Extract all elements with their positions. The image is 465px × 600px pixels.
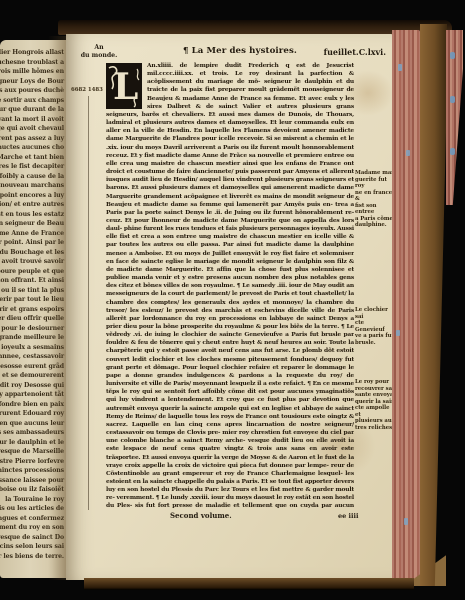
margin-note-line: ne en france &	[355, 190, 395, 203]
margin-note-line: guerite fut roy	[355, 177, 395, 190]
verso-text-line: ur les biens de terre.	[0, 552, 64, 562]
verso-text-line: lon avoit trouvé savoir	[0, 257, 64, 267]
margin-note-marguerite: Madame marguerite fut royne en france &f…	[355, 170, 395, 229]
marbling-fleck	[406, 150, 410, 156]
verso-text-line: a guerir par tout le lieu	[0, 295, 64, 305]
marbling-fleck	[450, 96, 455, 103]
verso-text-line: a levesque de sainct Do	[0, 533, 64, 543]
verso-text-line: luy appartenoient tãt	[0, 390, 64, 400]
verso-text-line: et puissance laissee pour	[0, 476, 64, 486]
verso-text-line: a dame Anne de France	[0, 229, 64, 239]
margin-note-sainte-ampolle: Le roy pourrecouvrer sasante envoyaqueri…	[355, 379, 395, 431]
verso-text-line: stre et se demourerent	[0, 371, 64, 381]
verso-text-line: ent fauctes aucunes cho	[0, 143, 64, 153]
footer-volume-label: Second volume.	[170, 511, 232, 520]
verso-text-line: maistre Pierre lorfevre	[0, 457, 64, 467]
margin-note-line: Le roy pour	[355, 379, 395, 386]
verso-text-line: ny furent pas assez a luy	[0, 134, 64, 144]
verso-text-line: vagues et confermez	[0, 514, 64, 524]
marbling-fleck	[396, 330, 400, 336]
verso-text-line: seille de sortir aux champs	[0, 96, 64, 106]
verso-text-line: Paris ses ambassadeurs	[0, 428, 64, 438]
verso-text-line: et Desosse eurent grãd	[0, 362, 64, 372]
verso-text-line: Tours ou il se tint la plus	[0, 286, 64, 296]
verso-text-line: evesque de Marseille	[0, 447, 64, 457]
margin-rule	[88, 96, 89, 510]
margin-note-line: plusieurs au	[355, 418, 395, 425]
verso-text-line: avoir point. Ainsi par le	[0, 238, 64, 248]
marbling-fleck	[404, 518, 408, 525]
book-bottom-edge	[84, 578, 414, 590]
decorated-initial: L	[106, 63, 142, 109]
verso-text-line: glise Duchesne troublast a	[0, 58, 64, 68]
initial-letter-glyph: L	[113, 65, 138, 109]
margin-note-line: Madame mar	[355, 170, 395, 177]
body-text: L An.xliiii. de lempire dudit Frederich …	[106, 62, 354, 510]
verso-text-line: onfusion/ et entre autres	[0, 200, 64, 210]
running-title: ¶ La Mer des hystoires.	[150, 46, 330, 56]
verso-text-line: et prier dieu offrir quelle	[0, 314, 64, 324]
verso-text-line: la Touraine le roy	[5, 495, 64, 505]
verso-text-line: uelques aux poures duchè	[0, 86, 64, 96]
verso-text-line: uarson seigneur de Beau	[0, 219, 64, 229]
margin-note-line: cte Genevieuf	[355, 320, 395, 333]
verso-text-line: sires du Bouchage et les	[0, 248, 64, 258]
verso-text-line: une grande meilleure le	[0, 333, 64, 343]
verso-text-line: medecins selon leurs sai	[0, 542, 64, 552]
margin-note-line: sante envoya	[355, 392, 395, 399]
verso-text-line: denise fondre bien en paix	[0, 400, 64, 410]
verso-text-line: mesme annee, cestassavoir	[0, 352, 64, 362]
verso-text-line: Aussi pour le desiourner	[0, 324, 64, 334]
verso-text-line: et son poure peuple et que	[0, 267, 64, 277]
margin-heading-line: An	[74, 44, 124, 52]
verso-text-line: lavoit point encores a luy	[0, 191, 64, 201]
verso-text-line: de la Marche et tant bien	[0, 153, 64, 163]
margin-heading-an-du-monde: An du monde.	[74, 44, 124, 59]
running-title-text: La Mer des hystoires.	[192, 46, 297, 56]
verso-text-line: combien que aucuns leur	[0, 419, 64, 429]
verso-text-line: main pour que durant de la	[0, 105, 64, 115]
verso-text-line: Paris ou les articles de	[0, 504, 64, 514]
fore-edge	[392, 30, 420, 580]
verso-text-line: tost apres le fist decapiter	[0, 162, 64, 172]
verso-page: chevalier Hongrois allastglise Duchesne …	[0, 40, 66, 578]
signature-mark: ee iiii	[338, 512, 358, 520]
verso-text-line: le guerir et grans espoirs	[0, 305, 64, 315]
margin-note-line: fist son entree	[355, 203, 395, 216]
margin-note-line: Le clochier sai	[355, 307, 395, 320]
folio-number: fueillet.C.lxvi.	[324, 47, 386, 57]
margin-note-line: brusle.	[355, 340, 395, 347]
verso-text-line: a Amboise ou ilz faisoiẽt	[0, 485, 64, 495]
verso-text-line: moururent Edouard roy	[0, 409, 64, 419]
verso-text-line: ient ioyeulx a sesmains	[0, 343, 64, 353]
verso-text-line: onseigneur Loys de Bour	[0, 77, 64, 87]
verso-text-line: ment du roy en son	[0, 523, 64, 533]
verso-text-line: mort affoibly a cause de la	[0, 172, 64, 182]
verso-text-line: aiernoist en tous les estatz	[0, 210, 64, 220]
verso-text-line: estoit nouveau marchans	[0, 181, 64, 191]
margin-note-line: tres reliches.	[355, 425, 395, 432]
book-photo: chevalier Hongrois allastglise Duchesne …	[0, 0, 465, 600]
body-paragraph: An.xliiii. de lempire dudit Frederich q …	[106, 62, 354, 510]
verso-text-line: seigneur le daulphin et le	[0, 438, 64, 448]
margin-note-line: cte ampolle et	[355, 405, 395, 418]
margin-note-line: daulphine.	[355, 222, 395, 229]
marbling-fleck	[450, 148, 455, 155]
margin-note-clochier: Le clochier saicte Genevieufve a paris f…	[355, 307, 395, 346]
recto-page: An du monde. ¶ La Mer des hystoires. fue…	[66, 34, 394, 580]
margin-note-line: ve a paris fut	[355, 333, 395, 340]
marbling-fleck	[450, 52, 455, 59]
verso-text-line: en sermon offrant. Et ainsi	[0, 276, 64, 286]
fleuron-icon: ¶	[183, 46, 189, 56]
marbling-fleck	[398, 64, 402, 71]
margin-heading-line: du monde.	[74, 52, 124, 60]
verso-text-line: cap a trois mille hõmes en	[0, 67, 64, 77]
verso-text-line: ient sainctes processions	[0, 466, 64, 476]
book-cover-edge	[420, 24, 447, 586]
verso-text-line: voulge qui avoit chevaul	[0, 124, 64, 134]
verso-text-line: dudit roy Desosse qui	[0, 381, 64, 391]
verso-text-line: tie. Avant la mort il avoit	[0, 115, 64, 125]
verso-text-line: chevalier Hongrois allast	[0, 48, 64, 58]
